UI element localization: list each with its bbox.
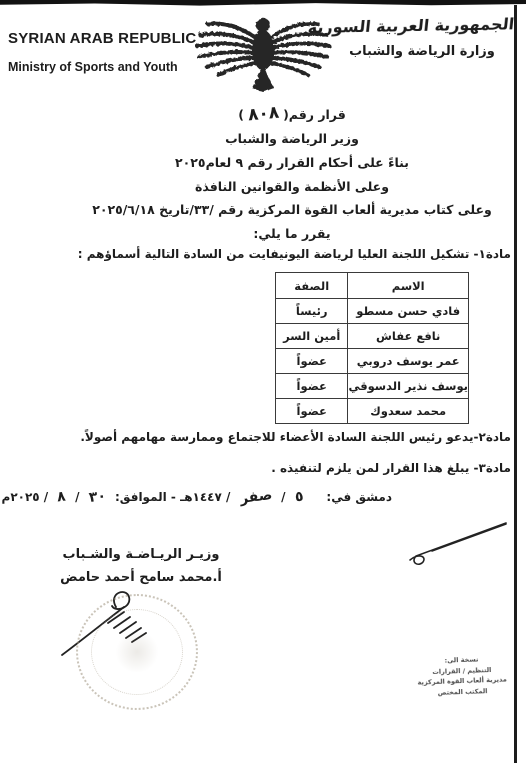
minister-line: وزير الرياضة والشباب	[70, 131, 514, 146]
basis-line-1: بناءً على أحكام القرار رقم ٩ لعام٢٠٢٥	[70, 155, 514, 170]
member-name: نافع عفاش	[348, 324, 469, 349]
table-row: يوسف نذير الدسوقي عضواً	[276, 374, 469, 399]
member-name: عمر يوسف دروبي	[348, 349, 469, 374]
date-label: دمشق في:	[326, 490, 392, 504]
scan-edge-right	[514, 5, 517, 763]
member-name: محمد سعدوك	[348, 399, 469, 424]
member-name: يوسف نذير الدسوقي	[348, 374, 469, 399]
date-line: دمشق في: ٥ / صفر / ١٤٤٧هـ - الموافق: ٣٠ …	[56, 489, 392, 505]
decision-number-handwritten: ٨٠٨	[243, 102, 284, 125]
decree-document-page: SYRIAN ARAB REPUBLIC Ministry of Sports …	[0, 0, 526, 763]
committee-table: الاسم الصفة فادي حسن مسطو رئيساً نافع عف…	[275, 272, 469, 424]
article-3: مادة٣- يبلغ هذا القرار لمن يلزم لتنفيذه …	[10, 461, 511, 475]
date-separator: /	[281, 490, 285, 504]
gregorian-day-handwritten: ٣٠	[83, 487, 112, 506]
date-separator: /	[226, 490, 230, 504]
date-separator: /	[75, 490, 79, 504]
distribution-list: نسخة الى: التنظيم / القرارات مديرية ألعا…	[415, 653, 508, 698]
article-1: مادة١- تشكيل اللجنة العليا لرياضة اليوني…	[10, 247, 511, 261]
minister-name: أ.محمد سامح أحمد حامض	[38, 570, 244, 585]
member-name: فادي حسن مسطو	[348, 299, 469, 324]
ministry-name-ar: وزارة الرياضة والشباب	[330, 44, 514, 59]
member-role: عضواً	[276, 349, 348, 374]
header-arabic: الجمهورية العربية السورية وزارة الرياضة …	[330, 16, 514, 59]
signature-block: وزيـر الريـاضـة والشـباب أ.محمد سامح أحم…	[38, 547, 244, 585]
country-name-en: SYRIAN ARAB REPUBLIC	[8, 30, 196, 47]
basis-line-3: وعلى كتاب مديرية ألعاب القوة المركزية رق…	[70, 202, 514, 217]
decision-title: قرار رقم(٨٠٨)	[70, 104, 514, 124]
member-role: عضواً	[276, 399, 348, 424]
scan-edge-top	[0, 0, 526, 7]
hijri-year: ١٤٤٧هـ	[180, 490, 222, 504]
hijri-day-handwritten: ٥	[289, 488, 309, 506]
ministry-name-en: Ministry of Sports and Youth	[8, 60, 196, 74]
column-header-role: الصفة	[276, 273, 348, 299]
decision-title-prefix: قرار رقم(	[283, 107, 346, 122]
date-middle: - الموافق:	[115, 490, 176, 504]
gregorian-year: ٢٠٢٥م	[2, 490, 40, 504]
table-row: عمر يوسف دروبي عضواً	[276, 349, 469, 374]
member-role: عضواً	[276, 374, 348, 399]
table-row: محمد سعدوك عضواً	[276, 399, 469, 424]
table-row: نافع عفاش أمين السر	[276, 324, 469, 349]
table-row: فادي حسن مسطو رئيساً	[276, 299, 469, 324]
column-header-name: الاسم	[348, 273, 469, 299]
table-header-row: الاسم الصفة	[276, 273, 469, 299]
basis-line-2: وعلى الأنظمة والقوانين النافذة	[70, 179, 514, 194]
member-role: رئيساً	[276, 299, 348, 324]
pen-check-mark	[402, 516, 514, 568]
country-name-ar-calligraphy: الجمهورية العربية السورية	[329, 14, 515, 36]
gregorian-month-handwritten: ٨	[51, 488, 71, 506]
resolves-line: يقرر ما يلي:	[70, 226, 514, 241]
minister-signature-title: وزيـر الريـاضـة والشـباب	[38, 547, 244, 562]
member-role: أمين السر	[276, 324, 348, 349]
date-separator: /	[44, 490, 48, 504]
round-stamp	[76, 594, 198, 710]
article-2: مادة٢-يدعو رئيس اللجنة السادة الأعضاء لل…	[10, 430, 511, 444]
header-english: SYRIAN ARAB REPUBLIC Ministry of Sports …	[8, 30, 196, 74]
hijri-month-handwritten: صفر	[234, 486, 278, 507]
